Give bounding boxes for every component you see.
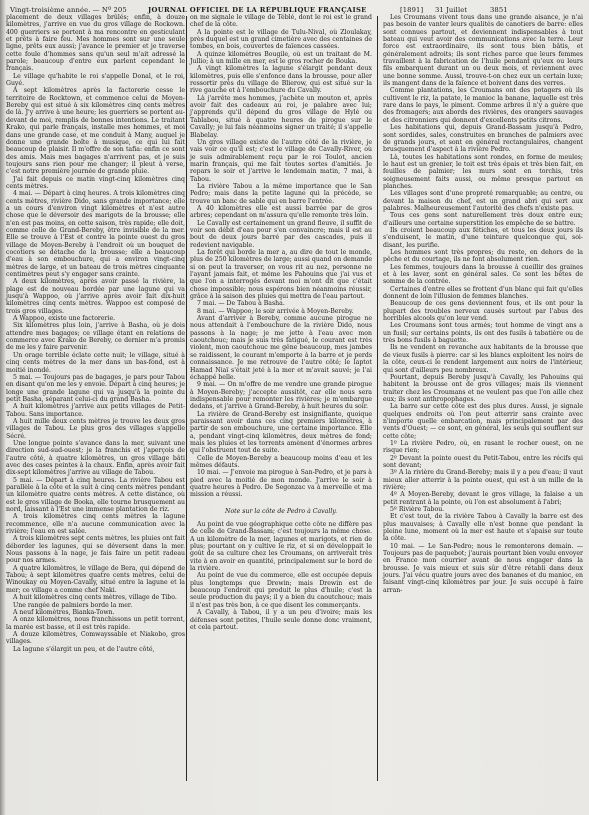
paragraph: Là j'arrête mes hommes, j'achète un mout… (190, 95, 372, 139)
paragraph: A huit mille deux cents mètres je trouve… (6, 418, 185, 440)
paragraph: 2º Devant la pointe ouest du Petit-Tabou… (383, 455, 583, 470)
paragraph: La rivière de Grand-Bereby est insignifi… (190, 411, 372, 455)
paragraph: Comme plantations, les Croumans ont des … (383, 87, 583, 124)
paragraph: 5 mai. — Toujours pas de bagages, je par… (6, 374, 185, 403)
paragraph: Un gros village existe de l'autre côté d… (190, 139, 372, 183)
paragraph: A trois kilomètres sept cents mètres, le… (6, 535, 185, 564)
paragraph: Pourtant, depuis Bereby jusqu'à Cavally,… (383, 374, 583, 403)
paragraph: A quatre kilomètres, le village de Bera,… (6, 565, 185, 594)
paragraph: Au point de vue géographique cette côte … (190, 521, 372, 572)
paragraph: Les Croumans vivent tous dans une grande… (383, 14, 583, 87)
paragraph: A onze kilomètres, nous franchissons un … (6, 616, 185, 631)
paragraph: Six kilomètres plus loin, j'arrive à Bas… (6, 322, 185, 351)
paragraph: A quinze kilomètres Bougile, où est un t… (190, 51, 372, 66)
journal-title: JOURNAL OFFICIEL DE LA RÉPUBLIQUE FRANÇA… (148, 6, 367, 14)
paragraph: La barre sur cette côte est des plus dur… (383, 403, 583, 440)
paragraph: 4 mai. — Départ à cinq heures. A trois k… (6, 190, 185, 278)
paragraph: Et c'est tout, de la rivière Tabou à Cav… (383, 513, 583, 542)
page-number: 3851 (490, 6, 508, 14)
paragraph: Les habitations qui, depuis Grand-Bassam… (383, 124, 583, 153)
column-left: placement de deux villages brûlés; enfin… (6, 14, 185, 653)
paragraph: on me signale le village de Téblé, dont … (190, 14, 372, 29)
paragraph: La lagune s'élargit un peu, et de l'autr… (6, 646, 185, 653)
paragraph: La forêt qui borde la mer a, au dire de … (190, 249, 372, 300)
paragraph: A la pointe est le village de Tulu-Nival… (190, 29, 372, 51)
paragraph: Là, toutes les habitations sont rondes, … (383, 154, 583, 191)
paragraph: Une rangée de palmiers borde la mer. (6, 602, 185, 609)
paragraph: Le village qu'habite le roi s'appelle Do… (6, 73, 185, 88)
paragraph: 4º A Moyen-Bereby, devant le gros villag… (383, 491, 583, 506)
column-middle: on me signale le village de Téblé, dont … (190, 14, 372, 631)
publication-date: 31 Juillet (435, 6, 467, 14)
section-title: Note sur la côte de Pedro à Cavally. (190, 508, 372, 515)
paragraph: La rivière Tabou a la même importance qu… (190, 183, 372, 205)
paragraph: A Cavally, à Tabou, il y a un peu d'ivoi… (190, 609, 372, 631)
newspaper-page: Vingt-troisième année. — Nº 205 JOURNAL … (0, 0, 589, 815)
paragraph: A huit kilomètres j'arrive aux petits vi… (6, 403, 185, 418)
paragraph: Les hommes sont très propres; du reste, … (383, 249, 583, 264)
paragraph: Un orage terrible éclate cette nuit; le … (6, 352, 185, 374)
paragraph: A 40 kilomètres elle est aussi barrée pa… (190, 205, 372, 220)
paragraph: 10 mai. — Le San-Pedro; nous le remonter… (383, 543, 583, 594)
paragraph: A neuf kilomètres, Bianka-Town. (6, 609, 185, 616)
paragraph: A Wappoo, existe une factorerie. (6, 315, 185, 322)
paragraph: A deux kilomètres, après avoir passé la … (6, 278, 185, 315)
paragraph: A douze kilomètres, Comwayssable et Niak… (6, 631, 185, 646)
paragraph: Ils ne vendent en revanche aux habitants… (383, 344, 583, 373)
publication-year: [1891] (400, 6, 423, 14)
paragraph: 5º Rivière Tabou. (383, 506, 583, 513)
paragraph: 8 mai. — Wappoo; le soir arrivée à Moyen… (190, 308, 372, 315)
paragraph: Au point de vue du commerce, elle est oc… (190, 572, 372, 609)
column-divider (377, 16, 378, 781)
paragraph: A huit kilomètres cinq cents mètres, vil… (6, 594, 185, 601)
paragraph: A vingt kilomètres la lagune s'élargit p… (190, 65, 372, 94)
paragraph: Les villages sont d'une propreté remarqu… (383, 190, 583, 212)
paragraph: 5 mai. — Départ à cinq heures. La rivièr… (6, 477, 185, 514)
paragraph: Une longue pointe s'avance dans la mer, … (6, 440, 185, 477)
paragraph: placement de deux villages brûlés; enfin… (6, 14, 185, 73)
paragraph: J'ai fait depuis ce matin vingt-cinq kil… (6, 176, 185, 191)
paragraph: 1º La rivière Pedro, où, en rasant le ro… (383, 440, 583, 455)
paragraph: A sept kilomètres après la factorerie ce… (6, 87, 185, 175)
volume-issue: Vingt-troisième année. — Nº 205 (10, 6, 127, 14)
paragraph: Tous ces gens sont naturellement très do… (383, 212, 583, 227)
paragraph: A trois kilomètres cinq cents mètres la … (6, 513, 185, 535)
paragraph: 9 mai. — On m'offre de me vendre une gra… (190, 381, 372, 410)
paragraph: 10 mai. — J'envoie ma pirogue à San-Pedr… (190, 469, 372, 498)
paragraph: Beaucoup de ces gens deviennent fous, et… (383, 300, 583, 322)
paragraph: Les Croumans sont tous armés; tout homme… (383, 322, 583, 344)
column-divider (186, 16, 187, 781)
column-middle-text: on me signale le village de Téblé, dont … (190, 14, 372, 499)
paragraph: Celle de Moyen-Bereby a beaucoup moins d… (190, 455, 372, 470)
paragraph: Certaines d'entre elles se frottent d'un… (383, 286, 583, 301)
paragraph: 3º A la rivière du Grand-Bereby; mais il… (383, 469, 583, 491)
paragraph: Avant d'arriver à Bereby, comme aucune p… (190, 315, 372, 381)
paragraph: 7 mai. — De Tabou à Basha. (190, 300, 372, 307)
paragraph: Les femmes, toujours dans la brousse à c… (383, 264, 583, 286)
paragraph: Le Cavally est certainement un grand fle… (190, 220, 372, 249)
column-middle-note-text: Au point de vue géographique cette côte … (190, 521, 372, 631)
column-right: Les Croumans vivent tous dans une grande… (383, 14, 583, 594)
paragraph: Ils croient beaucoup aux fétiches, et to… (383, 227, 583, 249)
